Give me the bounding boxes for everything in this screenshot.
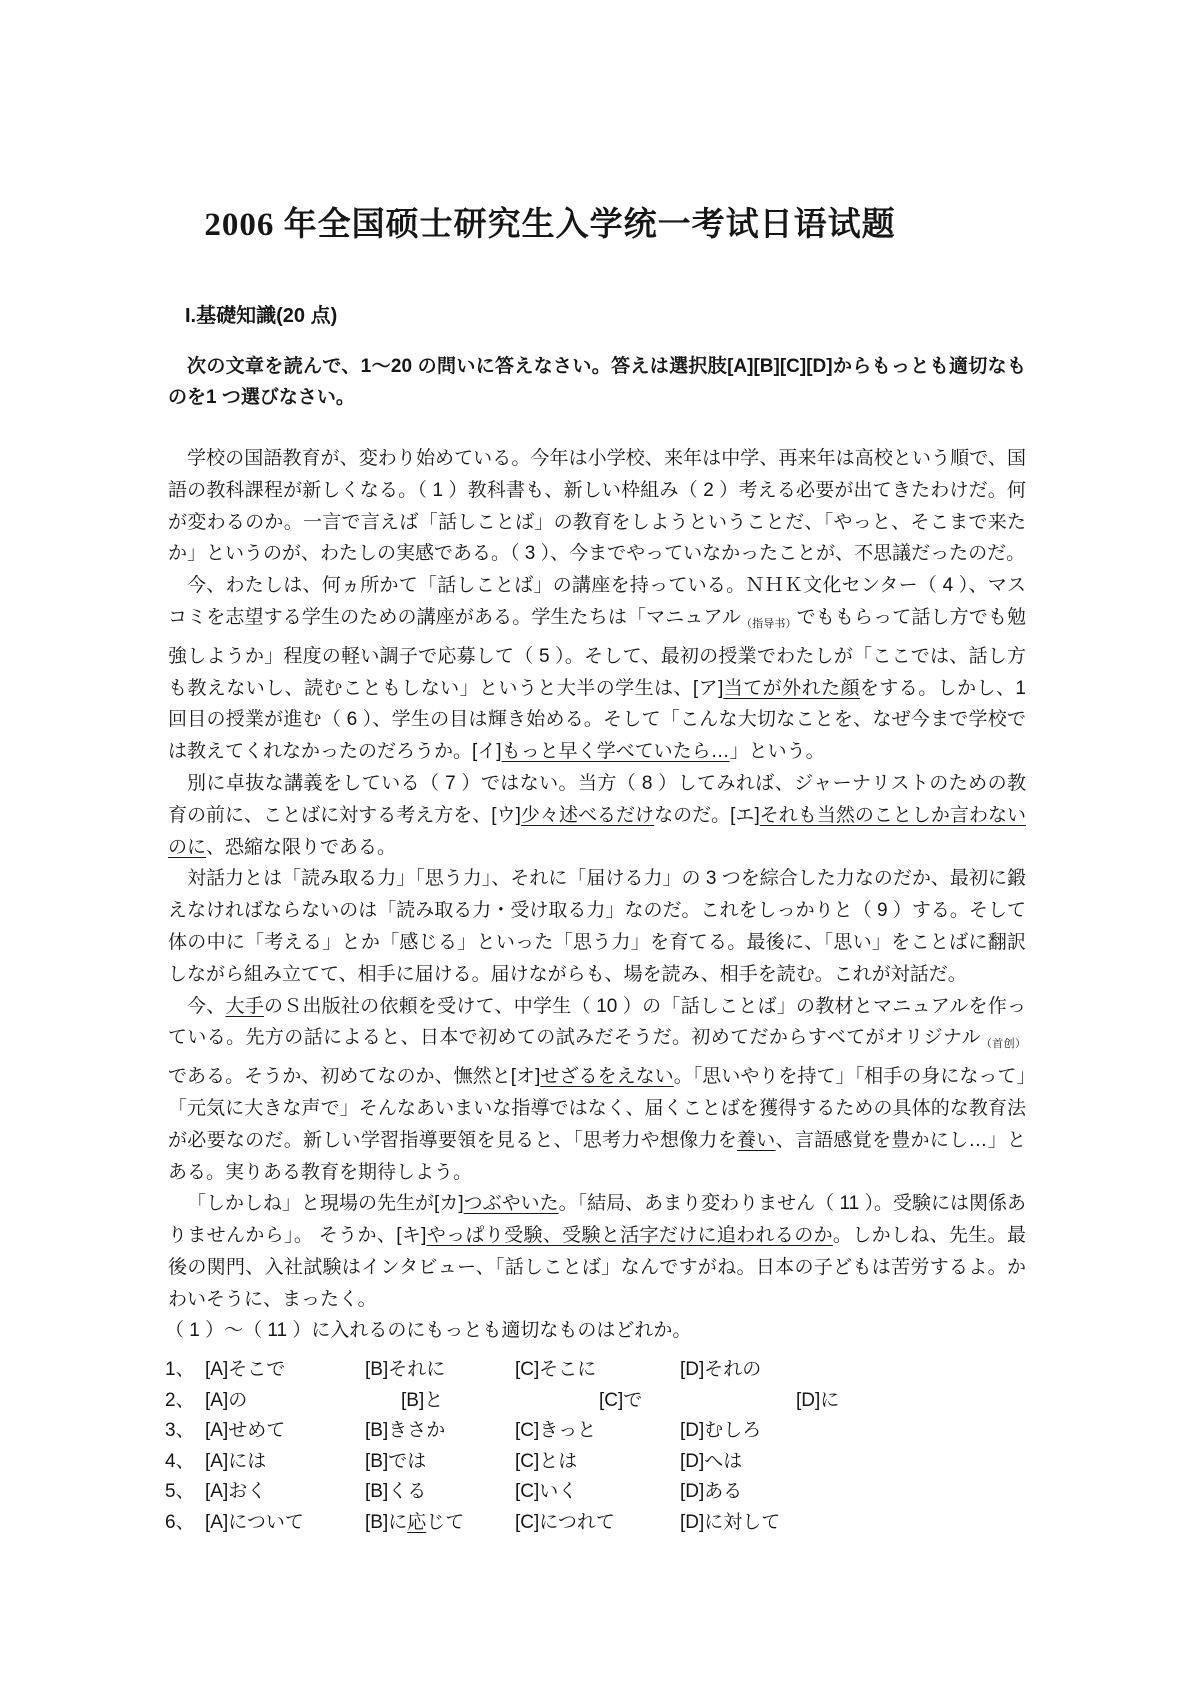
text-run: なのだ。[エ] — [654, 805, 760, 826]
text-run: [B]と — [401, 1390, 443, 1411]
question-row: 5、[A]おく[B]くる[C]いく[D]ある — [165, 1477, 1085, 1508]
text-run: じて — [426, 1512, 464, 1533]
text-run: [D]に対して — [680, 1512, 780, 1533]
text-run: [C]そこに — [515, 1359, 596, 1380]
text-run: [C]いく — [515, 1481, 577, 1502]
text-run: [D]むしろ — [680, 1420, 761, 1441]
underlined-phrase: 少々述べるだけ — [521, 805, 654, 826]
underlined-phrase: せざるをえない — [540, 1066, 673, 1087]
text-run: である。そうか、初めてなのか、憮然と[オ] — [168, 1066, 540, 1087]
text-run: [A]について — [205, 1512, 304, 1533]
passage: 学校の国語教育が、変わり始めている。今年は小学校、来年は中学、再来年は高校という… — [168, 443, 1026, 1316]
question-row: 1、[A]そこで[B]それに[C]そこに[D]それの — [165, 1355, 1085, 1386]
option-cell: [D]に対して — [680, 1508, 780, 1539]
passage-paragraph: 「しかしね」と現場の先生が[カ]つぶやいた。「結局、あまり変わりません（ 11 … — [168, 1188, 1026, 1315]
question-row: 4、[A]には[B]では[C]とは[D]へは — [165, 1447, 1085, 1478]
exam-page: 2006 年全国硕士研究生入学统一考试日语试题 I.基礎知識(20 点) 次の文… — [0, 0, 1190, 1683]
text-run: のＳ出版社の依頼を受けて、中学生（ 10 ）の「話しことば」の教材とマニュアルを… — [168, 996, 1026, 1049]
option-cell: [B]それに — [365, 1355, 515, 1386]
question-row: 2、[A]の[B]と[C]で[D]に — [165, 1386, 1085, 1417]
text-run: [C]きっと — [515, 1420, 596, 1441]
option-cell: [C]きっと — [515, 1416, 680, 1447]
option-cell: [B]に応じて — [365, 1508, 515, 1539]
document-title: 2006 年全国硕士研究生入学统一考试日语试题 — [0, 198, 1100, 245]
option-cell: [C]いく — [515, 1477, 680, 1508]
question-number: 5、 — [165, 1477, 205, 1508]
option-cell: [A]せめて — [205, 1416, 365, 1447]
option-cell: [B]きさか — [365, 1416, 515, 1447]
option-cell: [D]へは — [680, 1447, 742, 1478]
option-cell: [D]むしろ — [680, 1416, 761, 1447]
passage-paragraph: 別に卓抜な講義をしている（ 7 ）ではない。当方（ 8 ）してみれば、ジャーナリ… — [168, 768, 1026, 863]
text-run: [A]には — [205, 1451, 266, 1472]
text-run: [C]とは — [515, 1451, 577, 1472]
text-run: 「しかしね」と現場の先生が[カ] — [187, 1193, 464, 1214]
option-cell: [C]につれて — [515, 1508, 680, 1539]
option-cell: [A]そこで — [205, 1355, 365, 1386]
passage-paragraph: 今、わたしは、何ヵ所かて「話しことば」の講座を持っている。ＮＨＫ文化センター（ … — [168, 570, 1026, 768]
question-number: 3、 — [165, 1416, 205, 1447]
option-cell: [B]くる — [365, 1477, 515, 1508]
text-run: [D]それの — [680, 1359, 761, 1380]
text-run: [D]に — [796, 1390, 839, 1411]
option-cell: [A]の — [205, 1386, 401, 1417]
option-cell: [A]には — [205, 1447, 365, 1478]
text-run: [D]へは — [680, 1451, 742, 1472]
text-run: [C]につれて — [515, 1512, 615, 1533]
option-cell: [C]そこに — [515, 1355, 680, 1386]
option-cell: [C]で — [599, 1386, 796, 1417]
question-number: 2、 — [165, 1386, 205, 1417]
text-run: [B]くる — [365, 1481, 426, 1502]
question-row: 6、[A]について[B]に応じて[C]につれて[D]に対して — [165, 1508, 1085, 1539]
question-number: 4、 — [165, 1447, 205, 1478]
text-run: 今、 — [187, 996, 225, 1017]
gloss-note: （首创） — [981, 1038, 1026, 1050]
option-cell: [D]ある — [680, 1477, 742, 1508]
text-run: 学校の国語教育が、変わり始めている。今年は小学校、来年は中学、再来年は高校という… — [168, 448, 1026, 564]
question-block: （ 1 ）～（ 11 ）に入れるのにもっとも適切なものはどれか。 1、[A]そこ… — [165, 1316, 1085, 1539]
option-cell: [C]とは — [515, 1447, 680, 1478]
option-cell: [B]では — [365, 1447, 515, 1478]
section-instruction: 次の文章を読んで、1～20 の問いに答えなさい。答えは選択肢[A][B][C][… — [168, 351, 1026, 413]
option-cell: [D]それの — [680, 1355, 761, 1386]
gloss-note: （指导书） — [741, 618, 797, 630]
text-run: [A]の — [205, 1390, 247, 1411]
text-run: [A]そこで — [205, 1359, 285, 1380]
question-number: 1、 — [165, 1355, 205, 1386]
passage-paragraph: 対話力とは「読み取る力」「思う力」、それに「届ける力」の 3 つを綜合した力なの… — [168, 863, 1026, 990]
option-cell: [A]おく — [205, 1477, 365, 1508]
question-number: 6、 — [165, 1508, 205, 1539]
option-cell: [B]と — [401, 1386, 599, 1417]
text-run: [C]で — [599, 1390, 642, 1411]
text-run: 」という。 — [730, 741, 825, 762]
text-run: [D]ある — [680, 1481, 742, 1502]
question-list: 1、[A]そこで[B]それに[C]そこに[D]それの2、[A]の[B]と[C]で… — [165, 1355, 1085, 1539]
underlined-phrase: 大手 — [225, 996, 263, 1017]
text-run: [A]せめて — [205, 1420, 285, 1441]
underlined-phrase: やっぱり受験、受験と活字だけに追われるのか — [426, 1225, 832, 1246]
underlined-phrase: つぶやいた — [464, 1193, 559, 1214]
text-run: 、恐縮な限りである。 — [206, 837, 396, 858]
option-cell: [D]に — [796, 1386, 839, 1417]
text-run: [A]おく — [205, 1481, 266, 1502]
option-cell: [A]について — [205, 1508, 365, 1539]
question-intro: （ 1 ）～（ 11 ）に入れるのにもっとも適切なものはどれか。 — [165, 1316, 1085, 1346]
underlined-phrase: もっと早く学べていたら… — [502, 741, 730, 762]
underlined-phrase: 養い — [737, 1130, 776, 1151]
section-heading: I.基礎知識(20 点) — [185, 299, 337, 328]
text-run: [B]きさか — [365, 1420, 445, 1441]
underlined-phrase: 当てが外れた顔 — [723, 678, 860, 699]
question-row: 3、[A]せめて[B]きさか[C]きっと[D]むしろ — [165, 1416, 1085, 1447]
text-run: [B]それに — [365, 1359, 445, 1380]
passage-paragraph: 今、大手のＳ出版社の依頼を受けて、中学生（ 10 ）の「話しことば」の教材とマニ… — [168, 991, 1026, 1189]
text-run: [B]では — [365, 1451, 426, 1472]
text-run: [B]に — [365, 1512, 407, 1533]
passage-paragraph: 学校の国語教育が、変わり始めている。今年は小学校、来年は中学、再来年は高校という… — [168, 443, 1026, 570]
underlined-phrase: 応 — [407, 1512, 426, 1533]
text-run: 対話力とは「読み取る力」「思う力」、それに「届ける力」の 3 つを綜合した力なの… — [168, 868, 1026, 984]
